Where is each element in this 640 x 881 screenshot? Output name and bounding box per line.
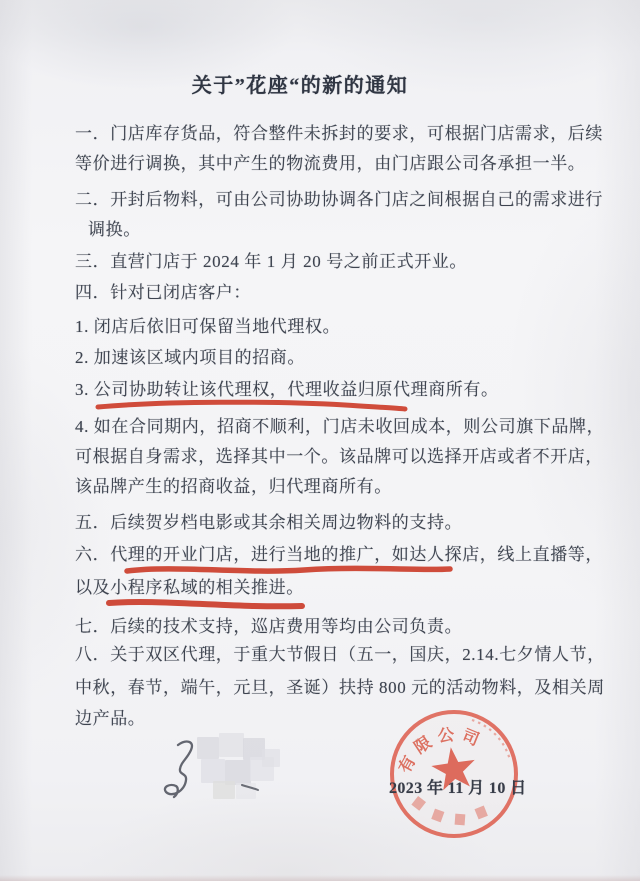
handwritten-signature: [150, 733, 280, 811]
item-4-line-2: 可根据自身需求，选择其中一个。该品牌可以选择开店或者不开店，: [75, 442, 603, 472]
issue-date: 2023 年 11 月 10 日: [389, 777, 527, 801]
para-3-line-1: 三．直营门店于 2024 年 1 月 20 号之前正式开业。: [75, 247, 467, 277]
para-1-line-1: 一．门店库存货品，符合整件未拆封的要求，可根据门店需求，后续: [75, 119, 603, 149]
scanned-notice-page: 关于”花座“的新的通知 一．门店库存货品，符合整件未拆封的要求，可根据门店需求，…: [0, 0, 640, 881]
item-2-line-1: 2. 加速该区域内项目的招商。: [75, 343, 305, 373]
para-8-line-3: 边产品。: [75, 704, 145, 734]
red-underline-para-6-line-2: [106, 596, 306, 614]
para-7-line-1: 七．后续的技术支持，巡店费用等均由公司负责。: [75, 612, 462, 642]
company-seal: 有限公司: [377, 699, 531, 853]
para-1-line-2: 等价进行调换，其中产生的物流费用，由门店跟公司各承担一半。: [75, 149, 585, 179]
item-4-line-1: 4. 如在合同期内，招商不顺利，门店未收回成本，则公司旗下品牌，: [75, 412, 604, 442]
para-2-line-2: 调换。: [88, 215, 141, 245]
notice-title: 关于”花座“的新的通知: [0, 70, 600, 102]
para-5-line-1: 五．后续贺岁档电影或其余相关周边物料的支持。: [75, 508, 462, 538]
red-underline-para-6-line-1: [124, 561, 454, 579]
seal-graphics: 有限公司: [392, 712, 516, 836]
item-4-line-3: 该品牌产生的招商收益，归代理商所有。: [75, 472, 392, 502]
para-4-line-1: 四．针对已闭店客户：: [75, 278, 251, 308]
item-1-line-1: 1. 闭店后依旧可保留当地代理权。: [75, 312, 340, 342]
para-2-line-1: 二．开封后物料，可由公司协助协调各门店之间根据自己的需求进行: [75, 185, 603, 215]
red-underline-item-3: [95, 398, 409, 414]
photo-edge-shadow: [0, 875, 640, 881]
para-8-line-1: 八．关于双区代理，于重大节假日（五一，国庆，2.14.七夕情人节，: [75, 640, 605, 670]
